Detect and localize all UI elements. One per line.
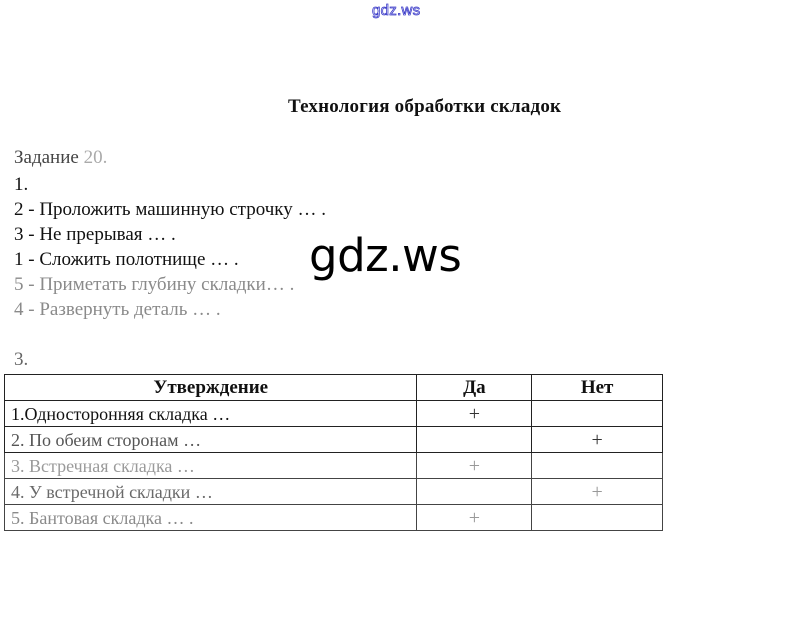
step-item: 2 - Проложить машинную строчку … .	[14, 197, 326, 222]
top-watermark: gdz.ws	[372, 2, 421, 19]
table-row: 1.Односторонняя складка … +	[5, 401, 663, 427]
header-no: Нет	[532, 375, 663, 401]
statement-cell: 5. Бантовая складка … .	[5, 505, 417, 531]
statement-cell: 4. У встречной складки …	[5, 479, 417, 505]
yes-cell: +	[417, 505, 532, 531]
statements-table: Утверждение Да Нет 1.Односторонняя склад…	[4, 374, 663, 531]
step-item: 4 - Развернуть деталь … .	[14, 297, 326, 322]
no-cell: +	[532, 479, 663, 505]
center-watermark: gdz.ws	[309, 233, 461, 278]
statement-cell: 1.Односторонняя складка …	[5, 401, 417, 427]
step-item: 3 - Не прерывая … .	[14, 222, 326, 247]
page-title: Технология обработки складок	[288, 96, 561, 118]
statement-cell: 3. Встречная складка …	[5, 453, 417, 479]
table-row: 5. Бантовая складка … . +	[5, 505, 663, 531]
task-label: Задание 20.	[14, 147, 107, 169]
step-item: 5 - Приметать глубину складки… .	[14, 272, 326, 297]
no-cell	[532, 505, 663, 531]
table-header-row: Утверждение Да Нет	[5, 375, 663, 401]
yes-cell	[417, 427, 532, 453]
answer-lines: 1. 2 - Проложить машинную строчку … . 3 …	[14, 172, 326, 372]
table-row: 4. У встречной складки … +	[5, 479, 663, 505]
section1-heading: 1.	[14, 172, 326, 197]
header-yes: Да	[417, 375, 532, 401]
yes-cell: +	[417, 453, 532, 479]
yes-cell: +	[417, 401, 532, 427]
header-statement: Утверждение	[5, 375, 417, 401]
task-number: 20.	[84, 147, 108, 168]
no-cell	[532, 401, 663, 427]
statement-cell: 2. По обеим сторонам …	[5, 427, 417, 453]
no-cell	[532, 453, 663, 479]
table-row: 2. По обеим сторонам … +	[5, 427, 663, 453]
yes-cell	[417, 479, 532, 505]
no-cell: +	[532, 427, 663, 453]
step-item: 1 - Сложить полотнище … .	[14, 247, 326, 272]
section3-heading: 3.	[14, 347, 326, 372]
task-label-text: Задание	[14, 147, 79, 168]
table-row: 3. Встречная складка … +	[5, 453, 663, 479]
